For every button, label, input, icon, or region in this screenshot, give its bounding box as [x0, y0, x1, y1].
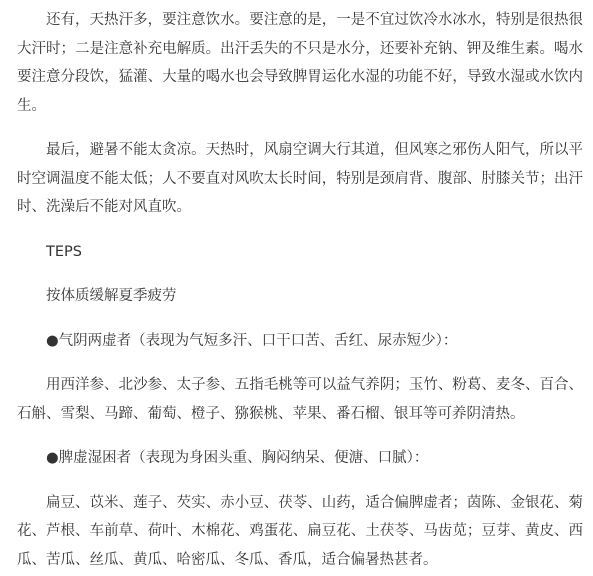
paragraph-drinking-water: 还有，天热汗多，要注意饮水。要注意的是，一是不宜过饮冷水冰水，特别是很热很大汗时… — [17, 6, 583, 120]
constitution-spleen-damp-foods: 扁豆、苡米、莲子、芡实、赤小豆、茯苓、山药，适合偏脾虚者；茵陈、金银花、菊花、芦… — [17, 489, 583, 575]
tips-subtitle: 按体质缓解夏季疲劳 — [17, 282, 583, 311]
constitution-item-spleen-damp: ●脾虚湿困者（表现为身困头重、胸闷纳呆、便溏、口腻）： — [17, 444, 583, 473]
paragraph-avoid-cold: 最后，避暑不能太贪凉。天热时，风扇空调大行其道，但风寒之邪伤人阳气，所以平时空调… — [17, 136, 583, 222]
constitution-spleen-damp-label: 脾虚湿困者（表现为身困头重、胸闷纳呆、便溏、口腻）： — [59, 450, 429, 466]
bullet-dot-icon: ● — [46, 450, 59, 466]
constitution-item-qi-yin: ●气阴两虚者（表现为气短多汗、口干口苦、舌红、尿赤短少）： — [17, 327, 583, 356]
tips-heading: TEPS — [17, 238, 583, 267]
constitution-qi-yin-label: 气阴两虚者（表现为气短多汗、口干口苦、舌红、尿赤短少）： — [59, 333, 458, 349]
constitution-qi-yin-foods: 用西洋参、北沙参、太子参、五指毛桃等可以益气养阴；玉竹、粉葛、麦冬、百合、石斛、… — [17, 371, 583, 428]
article-body: 还有，天热汗多，要注意饮水。要注意的是，一是不宜过饮冷水冰水，特别是很热很大汗时… — [0, 0, 593, 576]
bullet-dot-icon: ● — [46, 333, 59, 349]
